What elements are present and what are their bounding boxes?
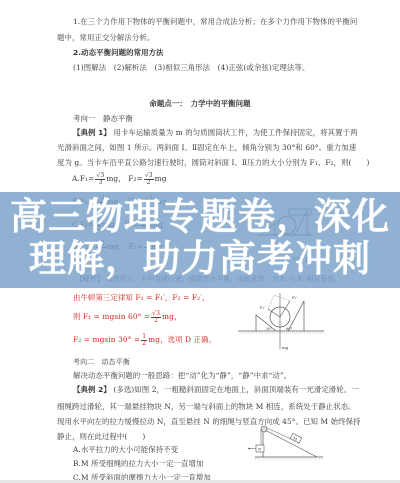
fraction: √33 — [95, 173, 105, 186]
intro-line-2: 题中，常用正交分解法分析。 — [57, 33, 154, 43]
example1-text-1: 用卡车运输质量为 m 的匀质圆筒状工件，为使工件保持固定，将其置于两 — [113, 128, 357, 137]
solution-line-1: 由牛顿第三定律知 F₁ = F₁′，F₂ = F₂′， — [73, 293, 209, 303]
solution-line-3: F₂ = mgsin 30° =12mg，选项 D 正确。 — [73, 333, 216, 347]
svg-text:N: N — [258, 447, 262, 452]
example2-text-1: (多选)如图 2，一粗糙斜面固定在地面上，斜面顶端装有一光滑定滑轮。一 — [113, 385, 358, 394]
example1-option-a: A.F₁=√33mg， F₂=√32mg — [72, 172, 167, 186]
example2-line-4: 静止，则在此过程中( ) — [57, 432, 145, 442]
intro-line-1: 1.在三个力作用下物体的平衡问题中，常用合成法分析；在多个力作用下物体的平衡问 — [73, 17, 357, 27]
example1-line-3: 度为 g。当卡车沿平直公路匀速行驶时，圆筒对斜面 Ⅰ、Ⅱ压力的大小分别为 F₁、… — [57, 158, 370, 168]
intro-heading-2: 2.动态平衡问题的常用方法 — [73, 48, 164, 58]
label-mg: mg — [282, 345, 289, 350]
force-analysis-diagram: F₁′ F₂′ 30° 60° mg — [236, 293, 326, 355]
example1-line-2: 光滑斜面之间，如图 1 所示。两斜面 Ⅰ、Ⅱ固定在车上，倾角分别为 30°和 6… — [57, 143, 356, 153]
banner-title-line-1: 高三物理专题卷，深化 — [0, 196, 400, 238]
label-30: 30° — [266, 327, 272, 331]
label-60: 60° — [286, 327, 292, 331]
intro-methods: (1)图解法 (2)解析法 (3)相似三角形法 (4)正弦(或余弦)定理法等。 — [73, 63, 309, 73]
example2-option-a: A.水平拉力的大小可能保持不变 — [73, 445, 178, 455]
example2-line-1: 【典例 2】 (多选)如图 2，一粗糙斜面固定在地面上，斜面顶端装有一光滑定滑轮… — [73, 385, 359, 395]
fraction: 12 — [141, 334, 147, 347]
solution-line-2: 则 F₁ = mgsin 60° =√32mg， — [73, 310, 181, 324]
banner-title-line-2: 理解，助力高考冲刺 — [0, 238, 400, 280]
fraction: √32 — [144, 173, 154, 186]
topic1-title: 考向一 静态平衡 — [73, 114, 133, 124]
example1-line-1: 【典例 1】 用卡车运输质量为 m 的匀质圆筒状工件，为使工件保持固定，将其置于… — [73, 128, 358, 138]
label-f1: F₁′ — [260, 305, 265, 310]
topic2-idea: 解决动态平衡问题的一般思路：把“动”化为“静”，“静”中求“动”。 — [73, 371, 291, 381]
example1-label: 【典例 1】 — [73, 128, 111, 137]
title-banner: 高三物理专题卷，深化 理解，助力高考冲刺 — [0, 192, 400, 288]
fraction: √32 — [151, 311, 161, 324]
section-title: 命题点一： 力学中的平衡问题 — [0, 99, 400, 109]
incline-pulley-diagram: N M — [245, 425, 325, 461]
example2-line-2: 细绳跨过滑轮，其一端悬挂物块 N，另一端与斜面上的物块 M 相连，系统处于静止状… — [57, 402, 356, 412]
example2-label: 【典例 2】 — [73, 385, 111, 394]
example2-option-b: B.M 所受细绳的拉力大小一定一直增加 — [73, 459, 203, 469]
label-f2: F₂′ — [292, 295, 297, 300]
topic2-title: 考向二 动态平衡 — [73, 357, 130, 367]
